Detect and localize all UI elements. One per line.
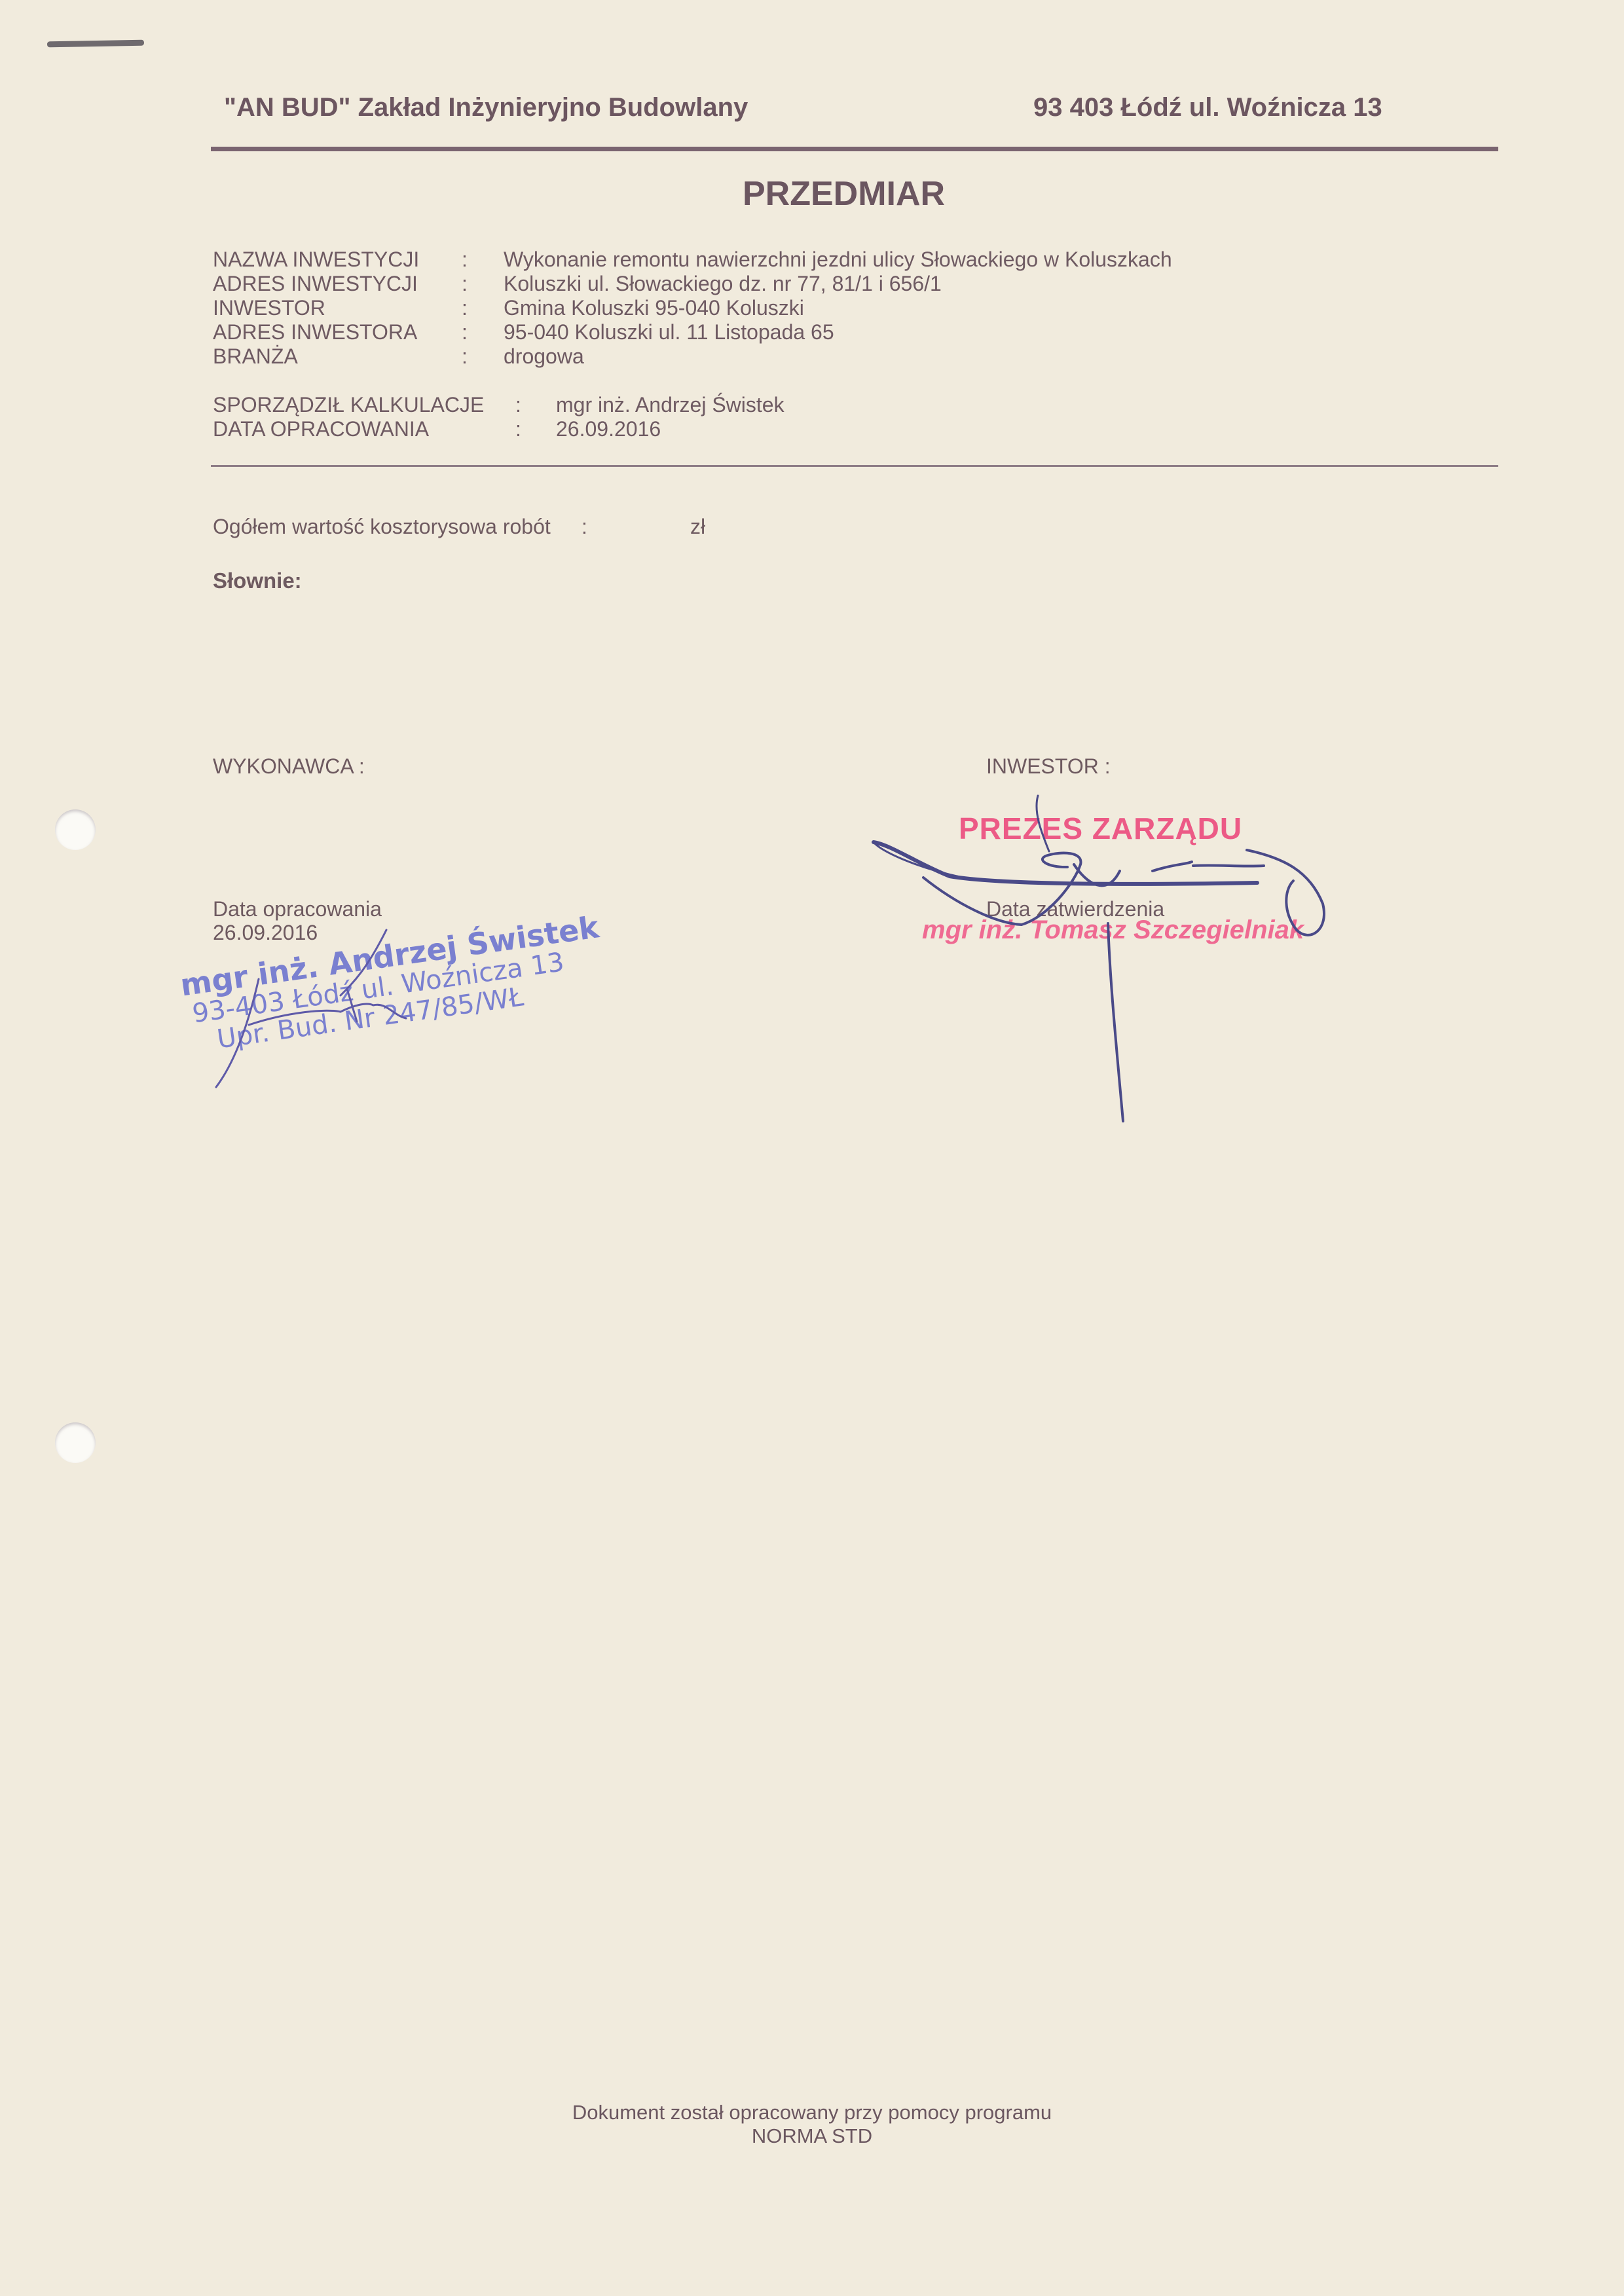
handwritten-signatures bbox=[0, 0, 1624, 2296]
footer-line-2: NORMA STD bbox=[0, 2124, 1624, 2148]
footer-line-1: Dokument został opracowany przy pomocy p… bbox=[0, 2101, 1624, 2124]
investor-signature bbox=[1037, 796, 1049, 851]
footer: Dokument został opracowany przy pomocy p… bbox=[0, 2101, 1624, 2148]
